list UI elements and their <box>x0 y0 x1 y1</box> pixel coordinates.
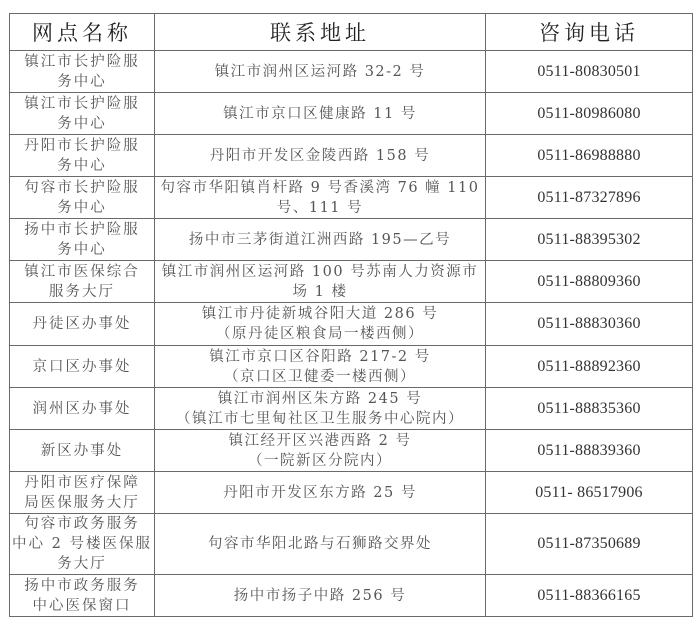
address-line: 镇江市丹徒新城谷阳大道 286 号 <box>157 304 483 324</box>
header-phone: 咨询电话 <box>486 14 693 51</box>
outlet-name-cell: 镇江市医保综合服务大厅 <box>10 261 155 303</box>
phone-cell: 0511-80830501 <box>486 51 693 93</box>
outlet-name-cell: 句容市政务服务中心 2 号楼医保服务大厅 <box>10 514 155 575</box>
header-address: 联系地址 <box>155 14 486 51</box>
address-cell: 镇江市润州区运河路 100 号苏南人力资源市场 1 楼 <box>155 261 486 303</box>
address-cell: 句容市华阳北路与石狮路交界处 <box>155 514 486 575</box>
outlet-name-line: 务中心 <box>12 198 152 218</box>
table-row: 镇江市长护险服务中心 镇江市京口区健康路 11 号 0511-80986080 <box>10 93 693 135</box>
address-line: 丹阳市开发区金陵西路 158 号 <box>157 146 483 166</box>
address-cell: 镇江市京口区健康路 11 号 <box>155 93 486 135</box>
table-row: 京口区办事处 镇江市京口区谷阳路 217-2 号（京口区卫健委一楼西侧） 051… <box>10 346 693 388</box>
outlet-name-line: 扬中市政务服务 <box>12 576 152 596</box>
outlet-name-line: 丹徒区办事处 <box>12 314 152 334</box>
address-cell: 镇江市润州区运河路 32-2 号 <box>155 51 486 93</box>
phone-cell: 0511-86988880 <box>486 135 693 177</box>
phone-cell: 0511-80986080 <box>486 93 693 135</box>
outlet-name-cell: 镇江市长护险服务中心 <box>10 51 155 93</box>
header-row: 网点名称 联系地址 咨询电话 <box>10 14 693 51</box>
table-row: 丹阳市医疗保障局医保服务大厅 丹阳市开发区东方路 25 号 0511- 8651… <box>10 472 693 514</box>
outlet-name-line: 服务大厅 <box>12 282 152 302</box>
address-line: （镇江市七里甸社区卫生服务中心院内） <box>157 409 483 429</box>
outlet-name-line: 务大厅 <box>12 554 152 574</box>
address-cell: 镇江市京口区谷阳路 217-2 号（京口区卫健委一楼西侧） <box>155 346 486 388</box>
table-row: 润州区办事处 镇江市润州区朱方路 245 号（镇江市七里甸社区卫生服务中心院内）… <box>10 388 693 430</box>
outlet-name-line: 扬中市长护险服 <box>12 220 152 240</box>
address-line: （原丹徒区粮食局一楼西侧） <box>157 324 483 344</box>
address-line: 扬中市三茅街道江洲西路 195—乙号 <box>157 230 483 250</box>
address-cell: 镇江市润州区朱方路 245 号（镇江市七里甸社区卫生服务中心院内） <box>155 388 486 430</box>
address-line: （一院新区分院内） <box>157 451 483 471</box>
phone-cell: 0511-88892360 <box>486 346 693 388</box>
outlet-name-line: 丹阳市长护险服 <box>12 136 152 156</box>
table-row: 新区办事处 镇江经开区兴港西路 2 号（一院新区分院内） 0511-888393… <box>10 430 693 472</box>
table-row: 句容市长护险服务中心 句容市华阳镇肖杆路 9 号香溪湾 76 幢 110号、11… <box>10 177 693 219</box>
address-line: 场 1 楼 <box>157 282 483 302</box>
outlet-name-line: 丹阳市医疗保障 <box>12 473 152 493</box>
phone-cell: 0511-88830360 <box>486 303 693 346</box>
phone-cell: 0511-88809360 <box>486 261 693 303</box>
header-outlet-name: 网点名称 <box>10 14 155 51</box>
outlet-name-cell: 丹阳市医疗保障局医保服务大厅 <box>10 472 155 514</box>
outlet-name-line: 中心医保窗口 <box>12 596 152 616</box>
outlet-name-cell: 丹徒区办事处 <box>10 303 155 346</box>
outlet-name-line: 镇江市长护险服 <box>12 52 152 72</box>
table-row: 扬中市政务服务中心医保窗口 扬中市扬子中路 256 号 0511-8836616… <box>10 575 693 617</box>
table-row: 镇江市长护险服务中心 镇江市润州区运河路 32-2 号 0511-8083050… <box>10 51 693 93</box>
address-line: 镇江市润州区运河路 32-2 号 <box>157 62 483 82</box>
outlet-name-line: 京口区办事处 <box>12 357 152 377</box>
outlet-name-line: 句容市长护险服 <box>12 178 152 198</box>
address-line: 镇江经开区兴港西路 2 号 <box>157 431 483 451</box>
phone-cell: 0511-88366165 <box>486 575 693 617</box>
address-line: 丹阳市开发区东方路 25 号 <box>157 483 483 503</box>
phone-cell: 0511- 86517906 <box>486 472 693 514</box>
service-outlet-table: 网点名称 联系地址 咨询电话 镇江市长护险服务中心 镇江市润州区运河路 32-2… <box>9 13 693 617</box>
address-cell: 扬中市扬子中路 256 号 <box>155 575 486 617</box>
table-row: 丹阳市长护险服务中心 丹阳市开发区金陵西路 158 号 0511-8698888… <box>10 135 693 177</box>
outlet-name-cell: 润州区办事处 <box>10 388 155 430</box>
table-row: 镇江市医保综合服务大厅 镇江市润州区运河路 100 号苏南人力资源市场 1 楼 … <box>10 261 693 303</box>
outlet-name-cell: 新区办事处 <box>10 430 155 472</box>
outlet-name-line: 务中心 <box>12 72 152 92</box>
address-line: 句容市华阳镇肖杆路 9 号香溪湾 76 幢 110 <box>157 178 483 198</box>
address-cell: 镇江市丹徒新城谷阳大道 286 号（原丹徒区粮食局一楼西侧） <box>155 303 486 346</box>
outlet-name-cell: 扬中市长护险服务中心 <box>10 219 155 261</box>
outlet-name-line: 镇江市医保综合 <box>12 262 152 282</box>
address-line: 句容市华阳北路与石狮路交界处 <box>157 534 483 554</box>
outlet-name-cell: 镇江市长护险服务中心 <box>10 93 155 135</box>
address-cell: 镇江经开区兴港西路 2 号（一院新区分院内） <box>155 430 486 472</box>
phone-cell: 0511-88835360 <box>486 388 693 430</box>
address-line: 号、111 号 <box>157 198 483 218</box>
address-cell: 扬中市三茅街道江洲西路 195—乙号 <box>155 219 486 261</box>
outlet-name-cell: 句容市长护险服务中心 <box>10 177 155 219</box>
outlet-name-cell: 扬中市政务服务中心医保窗口 <box>10 575 155 617</box>
outlet-name-line: 务中心 <box>12 156 152 176</box>
address-line: 镇江市京口区健康路 11 号 <box>157 104 483 124</box>
phone-cell: 0511-87350689 <box>486 514 693 575</box>
outlet-name-line: 务中心 <box>12 240 152 260</box>
outlet-name-line: 新区办事处 <box>12 441 152 461</box>
phone-cell: 0511-88839360 <box>486 430 693 472</box>
phone-cell: 0511-88395302 <box>486 219 693 261</box>
address-cell: 丹阳市开发区东方路 25 号 <box>155 472 486 514</box>
address-cell: 句容市华阳镇肖杆路 9 号香溪湾 76 幢 110号、111 号 <box>155 177 486 219</box>
outlet-name-line: 镇江市长护险服 <box>12 94 152 114</box>
address-line: 扬中市扬子中路 256 号 <box>157 586 483 606</box>
table-row: 句容市政务服务中心 2 号楼医保服务大厅 句容市华阳北路与石狮路交界处 0511… <box>10 514 693 575</box>
table-row: 扬中市长护险服务中心 扬中市三茅街道江洲西路 195—乙号 0511-88395… <box>10 219 693 261</box>
outlet-name-line: 务中心 <box>12 114 152 134</box>
outlet-name-line: 润州区办事处 <box>12 399 152 419</box>
address-line: （京口区卫健委一楼西侧） <box>157 367 483 387</box>
address-line: 镇江市润州区朱方路 245 号 <box>157 389 483 409</box>
address-line: 镇江市京口区谷阳路 217-2 号 <box>157 347 483 367</box>
outlet-name-cell: 丹阳市长护险服务中心 <box>10 135 155 177</box>
address-line: 镇江市润州区运河路 100 号苏南人力资源市 <box>157 262 483 282</box>
table-row: 丹徒区办事处 镇江市丹徒新城谷阳大道 286 号（原丹徒区粮食局一楼西侧） 05… <box>10 303 693 346</box>
outlet-name-line: 中心 2 号楼医保服 <box>12 534 152 554</box>
outlet-name-cell: 京口区办事处 <box>10 346 155 388</box>
phone-cell: 0511-87327896 <box>486 177 693 219</box>
outlet-name-line: 局医保服务大厅 <box>12 493 152 513</box>
address-cell: 丹阳市开发区金陵西路 158 号 <box>155 135 486 177</box>
outlet-name-line: 句容市政务服务 <box>12 514 152 534</box>
